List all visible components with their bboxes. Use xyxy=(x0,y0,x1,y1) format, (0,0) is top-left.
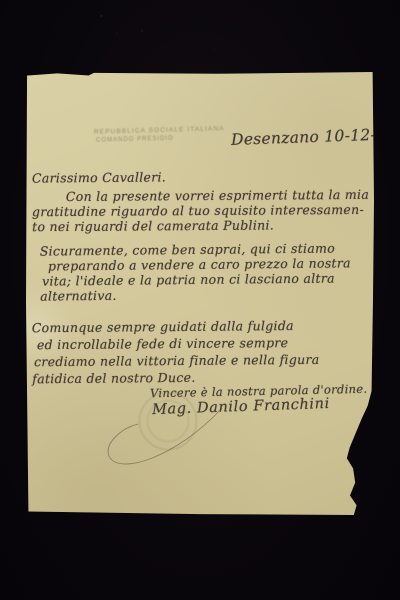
dust-speck xyxy=(213,49,215,50)
paragraph-2-line: alternativa. xyxy=(40,285,351,303)
dust-speck xyxy=(100,15,103,17)
dust-speck xyxy=(141,30,143,32)
dust-speck xyxy=(116,33,118,34)
paragraph-3: Comunque sempre guidati dalla fulgida ed… xyxy=(32,317,320,388)
letterhead-stamp: REPUBBLICA SOCIALE ITALIANA COMANDO PRES… xyxy=(94,125,225,143)
paragraph-1: Con la presente vorrei esprimerti tutta … xyxy=(32,187,369,234)
letterhead-stamp-line2: COMANDO PRESIDIO xyxy=(96,134,225,143)
paragraph-1-line: to nei riguardi del camerata Publini. xyxy=(32,217,369,234)
dateline: Desenzano 10-12-43 xyxy=(231,125,397,149)
letter-paper: REPUBBLICA SOCIALE ITALIANA COMANDO PRES… xyxy=(26,72,374,515)
photo-background: REPUBBLICA SOCIALE ITALIANA COMANDO PRES… xyxy=(0,0,400,600)
paragraph-2: Sicuramente, come ben saprai, qui ci sti… xyxy=(32,240,352,303)
salutation: Carissimo Cavalleri. xyxy=(32,169,166,185)
